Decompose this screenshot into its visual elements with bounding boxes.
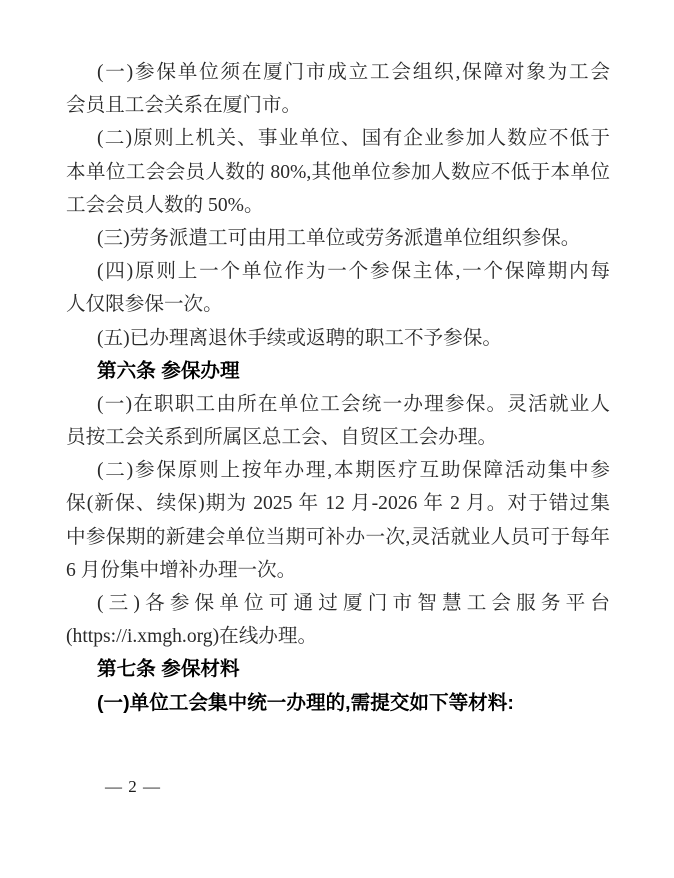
text-line-url: (https://i.xmgh.org)在线办理。 [66,620,610,653]
clause-5-5: (五)已办理离退休手续或返聘的职工不予参保。 [66,322,610,355]
text-line: 保(新保、续保)期为 2025 年 12 月-2026 年 2 月。对于错过集 [66,487,610,520]
article-6-heading: 第六条 参保办理 [66,355,610,388]
clause-6-1: (一)在职职工由所在单位工会统一办理参保。灵活就业人 员按工会关系到所属区总工会… [66,388,610,454]
text-line: (二)原则上机关、事业单位、国有企业参加人数应不低于 [66,122,610,155]
article-7-heading: 第七条 参保材料 [66,653,610,686]
heading-line: (一)单位工会集中统一办理的,需提交如下等材料: [66,687,610,720]
text-line: (一)在职职工由所在单位工会统一办理参保。灵活就业人 [66,388,610,421]
heading-line: 第七条 参保材料 [66,653,610,686]
text-line: (五)已办理离退休手续或返聘的职工不予参保。 [66,322,610,355]
text-line: (二)参保原则上按年办理,本期医疗互助保障活动集中参 [66,454,610,487]
text-line: 员按工会关系到所属区总工会、自贸区工会办理。 [66,421,610,454]
text-line: (三)各参保单位可通过厦门市智慧工会服务平台 [66,587,610,620]
text-line: 人仅限参保一次。 [66,288,610,321]
text-line: 6 月份集中增补办理一次。 [66,554,610,587]
clause-5-1: (一)参保单位须在厦门市成立工会组织,保障对象为工会 会员且工会关系在厦门市。 [66,56,610,122]
text-line: 中参保期的新建会单位当期可补办一次,灵活就业人员可于每年 [66,521,610,554]
text-line: 工会会员人数的 50%。 [66,189,610,222]
text-line: 本单位工会会员人数的 80%,其他单位参加人数应不低于本单位 [66,156,610,189]
text-line: (四)原则上一个单位作为一个参保主体,一个保障期内每 [66,255,610,288]
clause-5-4: (四)原则上一个单位作为一个参保主体,一个保障期内每 人仅限参保一次。 [66,255,610,321]
clause-6-2: (二)参保原则上按年办理,本期医疗互助保障活动集中参 保(新保、续保)期为 20… [66,454,610,587]
clause-5-3: (三)劳务派遣工可由用工单位或劳务派遣单位组织参保。 [66,222,610,255]
document-page: (一)参保单位须在厦门市成立工会组织,保障对象为工会 会员且工会关系在厦门市。 … [0,0,674,878]
page-number: — 2 — [105,777,161,797]
text-line: (一)参保单位须在厦门市成立工会组织,保障对象为工会 [66,56,610,89]
clause-5-2: (二)原则上机关、事业单位、国有企业参加人数应不低于 本单位工会会员人数的 80… [66,122,610,222]
clause-6-3: (三)各参保单位可通过厦门市智慧工会服务平台 (https://i.xmgh.o… [66,587,610,653]
clause-7-1: (一)单位工会集中统一办理的,需提交如下等材料: [66,687,610,720]
document-body: (一)参保单位须在厦门市成立工会组织,保障对象为工会 会员且工会关系在厦门市。 … [66,56,610,720]
heading-line: 第六条 参保办理 [66,355,610,388]
text-line: 会员且工会关系在厦门市。 [66,89,610,122]
text-line: (三)劳务派遣工可由用工单位或劳务派遣单位组织参保。 [66,222,610,255]
